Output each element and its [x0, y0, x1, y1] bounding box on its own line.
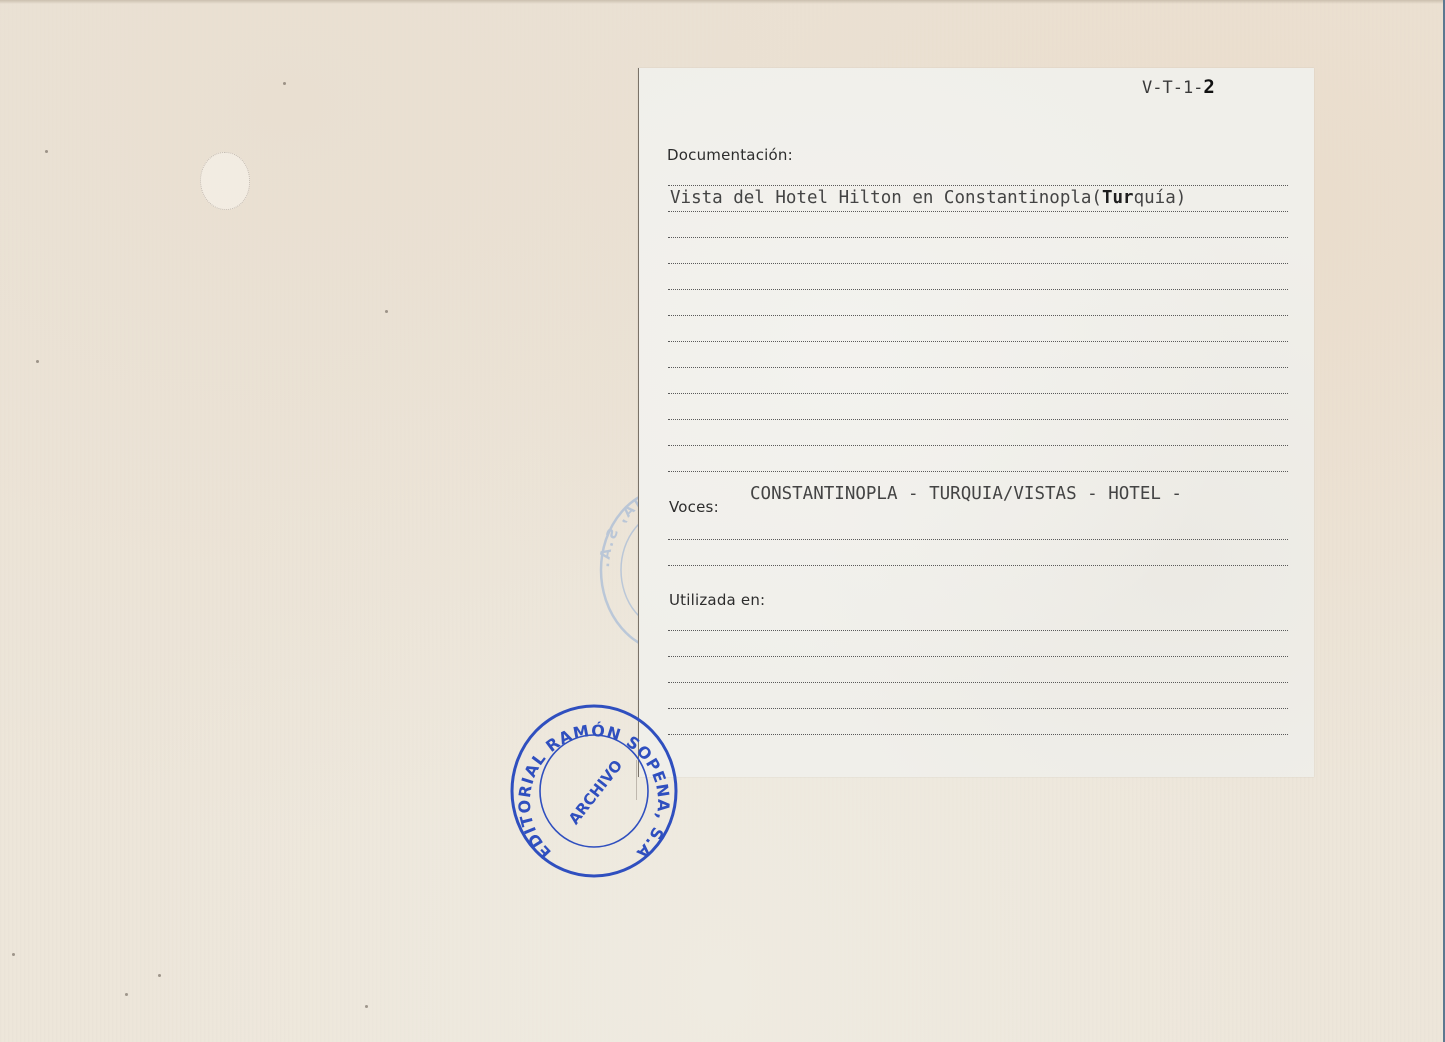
dotted-line: [668, 682, 1288, 683]
dotted-line: [668, 630, 1288, 631]
dotted-line: [668, 393, 1288, 394]
dotted-line: [668, 419, 1288, 420]
dotted-line: [668, 211, 1288, 212]
paper-speck: [283, 82, 286, 85]
dotted-line: [668, 263, 1288, 264]
paper-speck: [45, 150, 48, 153]
typed-text-end: quía): [1134, 188, 1187, 208]
paper-speck: [365, 1005, 368, 1008]
typed-text-main: Vista del Hotel Hilton en Constantinopla…: [670, 188, 1102, 208]
dotted-line: [668, 656, 1288, 657]
dotted-line: [668, 708, 1288, 709]
water-stain: [200, 152, 250, 210]
paper-speck: [385, 310, 388, 313]
paper-speck: [125, 993, 128, 996]
dotted-line: [668, 289, 1288, 290]
paper-speck: [12, 953, 15, 956]
documentacion-label: Documentación:: [667, 146, 793, 164]
dotted-line: [668, 539, 1288, 540]
dotted-line: [668, 237, 1288, 238]
dotted-line: [668, 565, 1288, 566]
dotted-line: [668, 471, 1288, 472]
index-card: V-T-1-2 Documentación: Vista del Hotel H…: [638, 68, 1314, 777]
dotted-line: [668, 367, 1288, 368]
dotted-line: [668, 315, 1288, 316]
dotted-line: [668, 445, 1288, 446]
typed-text-overstrike: Tur: [1102, 188, 1134, 208]
voces-typed-text: CONSTANTINOPLA - TURQUIA/VISTAS - HOTEL …: [750, 484, 1182, 504]
paper-speck: [36, 360, 39, 363]
voces-label: Voces:: [669, 498, 719, 516]
dotted-line: [668, 734, 1288, 735]
dotted-line: [668, 341, 1288, 342]
reference-code: V-T-1-2: [1142, 76, 1215, 98]
top-edge-shadow: [0, 0, 1445, 4]
stamp-center-text: ARCHIVO: [565, 757, 626, 828]
archive-stamp: EDITORIAL RAMÓN SOPENA, S.A. • BARCELONA…: [508, 702, 680, 880]
dotted-line: [668, 185, 1288, 186]
utilizada-en-label: Utilizada en:: [669, 591, 765, 609]
documentacion-typed-text: Vista del Hotel Hilton en Constantinopla…: [670, 188, 1186, 208]
reference-code-number: 2: [1203, 76, 1214, 98]
reference-code-prefix: V-T-1-: [1142, 78, 1203, 98]
paper-speck: [158, 974, 161, 977]
